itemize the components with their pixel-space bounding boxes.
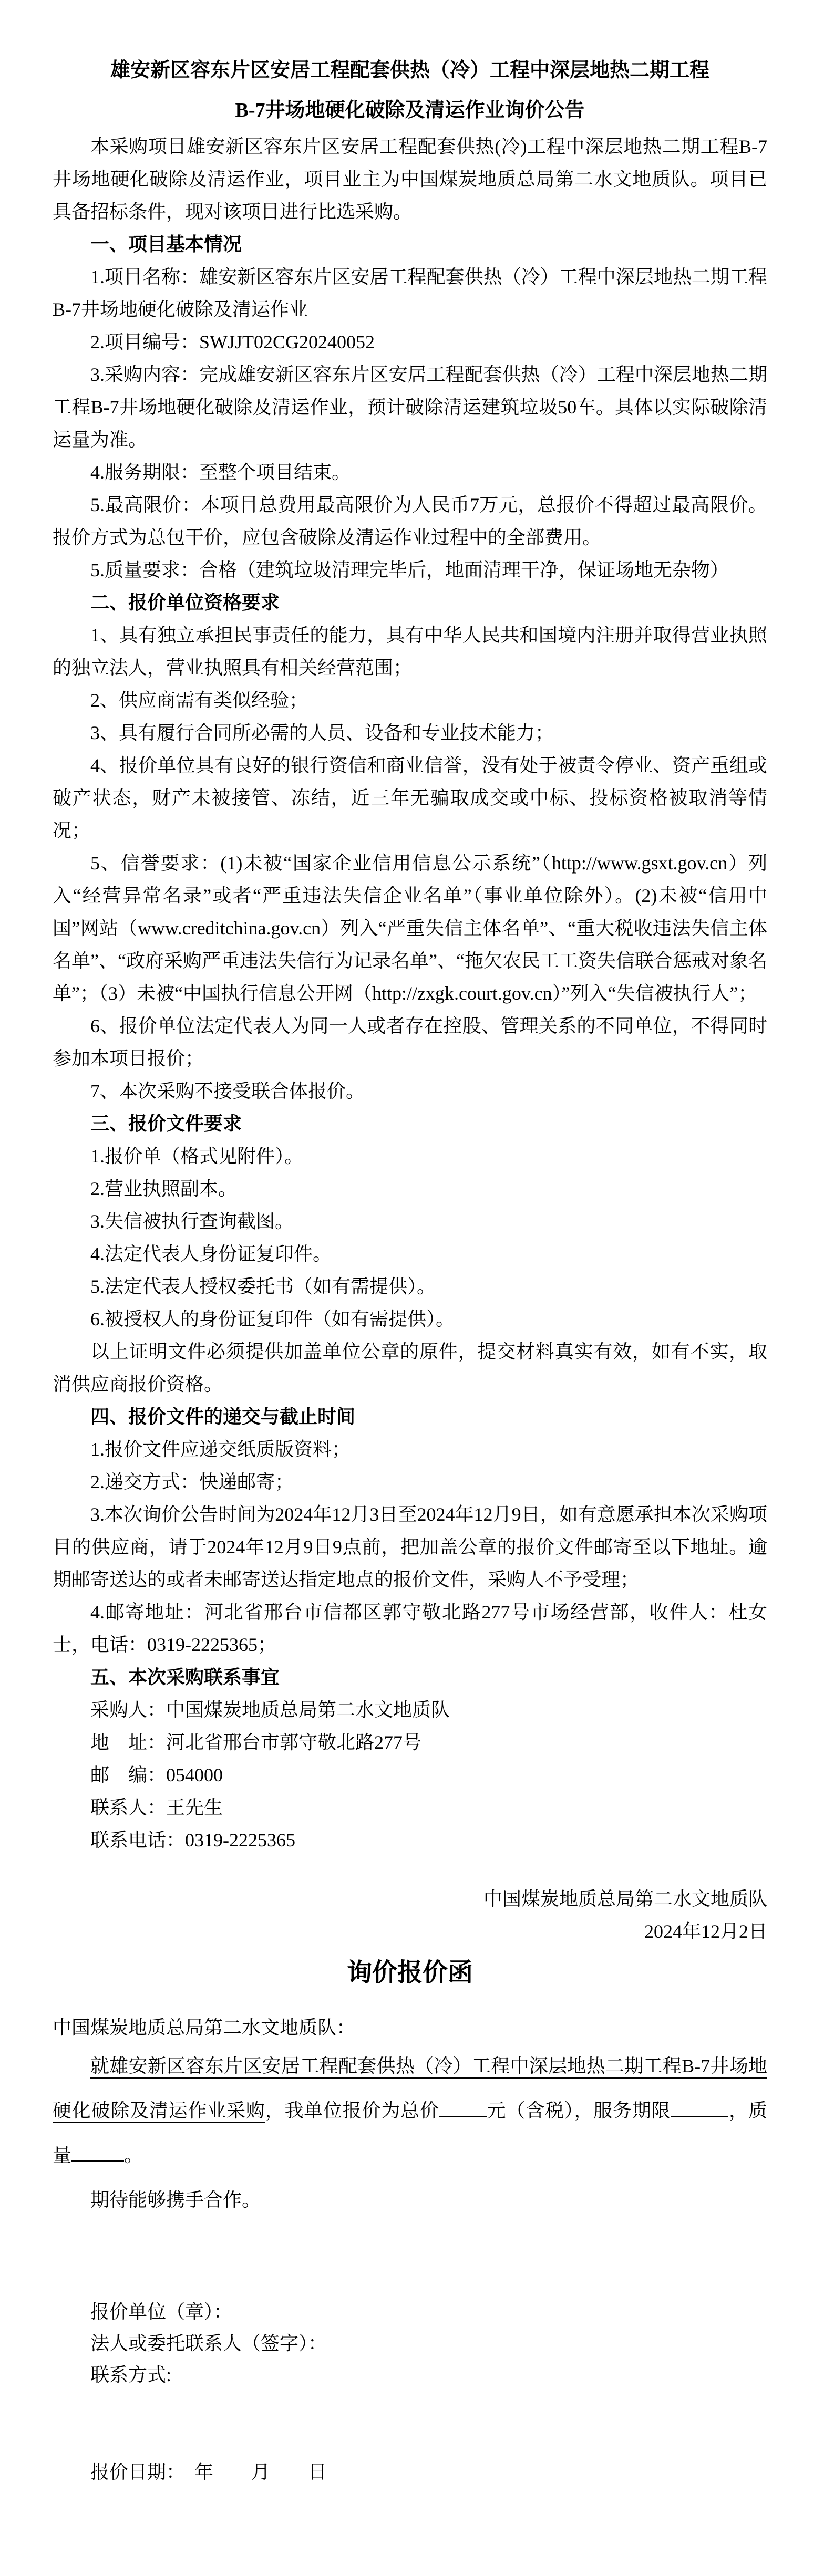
paragraph: 4.法定代表人身份证复印件。 <box>53 1238 767 1270</box>
contact-address: 地 址：河北省邢台市郭守敬北路277号 <box>53 1726 767 1759</box>
issue-date: 2024年12月2日 <box>53 1915 767 1948</box>
section-heading-4: 四、报价文件的递交与截止时间 <box>53 1400 767 1433</box>
fill-in-blank <box>671 2098 728 2117</box>
spacer <box>53 1998 767 2011</box>
spacer <box>53 2222 767 2296</box>
issuer-name: 中国煤炭地质总局第二水文地质队 <box>53 1883 767 1915</box>
paragraph: 3.失信被执行查询截图。 <box>53 1205 767 1238</box>
text-run: ，我单位报价为总价 <box>265 2100 439 2121</box>
paragraph: 3、具有履行合同所必需的人员、设备和专业技术能力； <box>53 716 767 749</box>
paragraph: 1.报价单（格式见附件）。 <box>53 1140 767 1172</box>
signature-contact-line: 联系方式: <box>53 2359 767 2391</box>
section-heading-2: 二、报价单位资格要求 <box>53 586 767 619</box>
signature-person-line: 法人或委托联系人（签字）： <box>53 2328 767 2359</box>
paragraph: 1、具有独立承担民事责任的能力，具有中华人民共和国境内注册并取得营业执照的独立法… <box>53 619 767 684</box>
fill-in-blank <box>439 2098 487 2117</box>
spacer <box>53 1856 767 1883</box>
paragraph: 2.递交方式：快递邮寄； <box>53 1466 767 1498</box>
spacer <box>53 2391 767 2456</box>
fill-in-blank <box>71 2143 124 2162</box>
paragraph: 1.报价文件应递交纸质版资料； <box>53 1433 767 1466</box>
paragraph: 4、报价单位具有良好的银行资信和商业信誉，没有处于被责令停业、资产重组或破产状态… <box>53 749 767 847</box>
letter-title: 询价报价函 <box>53 1948 767 1998</box>
letter-body-paragraph: 就雄安新区容东片区安居工程配套供热（冷）工程中深层地热二期工程B-7井场地硬化破… <box>53 2044 767 2178</box>
paragraph: 3.本次询价公告时间为2024年12月3日至2024年12月9日，如有意愿承担本… <box>53 1498 767 1596</box>
contact-person: 联系人：王先生 <box>53 1791 767 1824</box>
paragraph: 1.项目名称：雄安新区容东片区安居工程配套供热（冷）工程中深层地热二期工程B-7… <box>53 261 767 326</box>
letter-salutation: 中国煤炭地质总局第二水文地质队： <box>53 2011 767 2044</box>
paragraph: 5、信誉要求：(1)未被“国家企业信用信息公示系统”（http://www.gs… <box>53 847 767 1010</box>
contact-phone: 联系电话：0319-2225365 <box>53 1824 767 1856</box>
paragraph: 6、报价单位法定代表人为同一人或者存在控股、管理关系的不同单位，不得同时参加本项… <box>53 1010 767 1075</box>
text-run: 元（含税），服务期限 <box>487 2100 671 2121</box>
paragraph: 5.法定代表人授权委托书（如有需提供）。 <box>53 1270 767 1303</box>
document-title-line2: B-7井场地硬化破除及清运作业询价公告 <box>53 90 767 130</box>
paragraph: 4.服务期限：至整个项目结束。 <box>53 456 767 489</box>
section-heading-3: 三、报价文件要求 <box>53 1107 767 1140</box>
paragraph: 以上证明文件必须提供加盖单位公章的原件，提交材料真实有效，如有不实，取消供应商报… <box>53 1335 767 1400</box>
paragraph: 7、本次采购不接受联合体报价。 <box>53 1075 767 1107</box>
intro-paragraph: 本采购项目雄安新区容东片区安居工程配套供热(冷)工程中深层地热二期工程B-7井场… <box>53 130 767 228</box>
contact-buyer: 采购人：中国煤炭地质总局第二水文地质队 <box>53 1694 767 1726</box>
letter-closing: 期待能够携手合作。 <box>53 2178 767 2222</box>
paragraph: 6.被授权人的身份证复印件（如有需提供）。 <box>53 1303 767 1335</box>
paragraph: 4.邮寄地址：河北省邢台市信都区郭守敬北路277号市场经营部，收件人：杜女士，电… <box>53 1596 767 1661</box>
paragraph: 2、供应商需有类似经验； <box>53 684 767 716</box>
paragraph: 2.营业执照副本。 <box>53 1172 767 1205</box>
section-heading-5: 五、本次采购联系事宜 <box>53 1661 767 1694</box>
document-title-line1: 雄安新区容东片区安居工程配套供热（冷）工程中深层地热二期工程 <box>53 50 767 90</box>
document-page: 雄安新区容东片区安居工程配套供热（冷）工程中深层地热二期工程B-7井场地硬化破除… <box>0 0 834 2576</box>
contact-postcode: 邮 编：054000 <box>53 1759 767 1791</box>
document-body: 雄安新区容东片区安居工程配套供热（冷）工程中深层地热二期工程B-7井场地硬化破除… <box>53 50 767 2488</box>
section-heading-1: 一、项目基本情况 <box>53 228 767 261</box>
text-run: 。 <box>124 2145 143 2166</box>
paragraph: 5.质量要求：合格（建筑垃圾清理完毕后，地面清理干净，保证场地无杂物） <box>53 554 767 586</box>
quote-date-line: 报价日期： 年 月 日 <box>53 2456 767 2488</box>
signature-unit-line: 报价单位（章）： <box>53 2296 767 2328</box>
paragraph: 3.采购内容：完成雄安新区容东片区安居工程配套供热（冷）工程中深层地热二期工程B… <box>53 358 767 456</box>
paragraph: 5.最高限价：本项目总费用最高限价为人民币7万元，总报价不得超过最高限价。报价方… <box>53 489 767 554</box>
paragraph: 2.项目编号：SWJJT02CG20240052 <box>53 326 767 358</box>
